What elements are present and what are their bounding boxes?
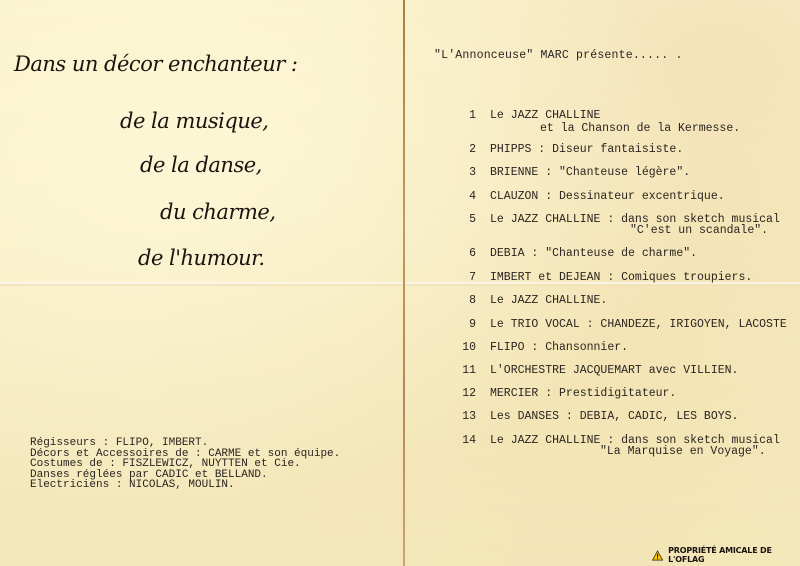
item-number: 1 (458, 109, 476, 122)
script-line-humour: de l'humour. (138, 246, 265, 270)
item-subtext: "C'est un scandale". (630, 224, 768, 237)
item-text: FLIPO : Chansonnier. (490, 341, 628, 354)
item-text: DEBIA : "Chanteuse de charme". (490, 247, 697, 260)
watermark: PROPRIÉTÉ AMICALE DE L'OFLAG (652, 546, 800, 564)
item-text: BRIENNE : "Chanteuse légère". (490, 166, 690, 179)
vertical-fold (403, 0, 405, 566)
item-number: 2 (458, 143, 476, 156)
item-subtext: "La Marquise en Voyage". (600, 445, 766, 458)
item-text: CLAUZON : Dessinateur excentrique. (490, 190, 725, 203)
item-text: MERCIER : Prestidigitateur. (490, 387, 676, 400)
credit-line: Electriciens : NICOLAS, MOULIN. (30, 480, 340, 491)
item-number: 4 (458, 190, 476, 203)
item-subtext: et la Chanson de la Kermesse. (540, 122, 740, 135)
script-line-dance: de la danse, (140, 153, 262, 177)
item-text: Les DANSES : DEBIA, CADIC, LES BOYS. (490, 410, 738, 423)
item-text: IMBERT et DEJEAN : Comiques troupiers. (490, 271, 752, 284)
item-text: Le JAZZ CHALLINE. (490, 294, 607, 307)
item-number: 6 (458, 247, 476, 260)
item-number: 7 (458, 271, 476, 284)
item-text: L'ORCHESTRE JACQUEMART avec VILLIEN. (490, 364, 738, 377)
program-header: "L'Annonceuse" MARC présente..... . (434, 49, 683, 62)
item-number: 14 (458, 434, 476, 447)
watermark-text: PROPRIÉTÉ AMICALE DE L'OFLAG (668, 546, 800, 564)
script-line-music: de la musique, (120, 109, 268, 133)
item-number: 3 (458, 166, 476, 179)
warning-icon (652, 550, 663, 561)
script-line-charm: du charme, (160, 200, 276, 224)
script-line-title: Dans un décor enchanteur : (14, 52, 298, 76)
item-text: Le TRIO VOCAL : CHANDEZE, IRIGOYEN, LACO… (490, 318, 787, 331)
credits-block: Régisseurs : FLIPO, IMBERT. Décors et Ac… (30, 438, 340, 491)
item-text: PHIPPS : Diseur fantaisiste. (490, 143, 683, 156)
item-number: 10 (458, 341, 476, 354)
item-text: Le JAZZ CHALLINE (490, 109, 600, 122)
item-number: 8 (458, 294, 476, 307)
item-number: 9 (458, 318, 476, 331)
item-number: 13 (458, 410, 476, 423)
item-number: 12 (458, 387, 476, 400)
credit-line: Costumes de : FISZLEWICZ, NUYTTEN et Cie… (30, 459, 340, 470)
credit-line: Régisseurs : FLIPO, IMBERT. (30, 438, 340, 449)
item-number: 5 (458, 213, 476, 226)
item-number: 11 (458, 364, 476, 377)
